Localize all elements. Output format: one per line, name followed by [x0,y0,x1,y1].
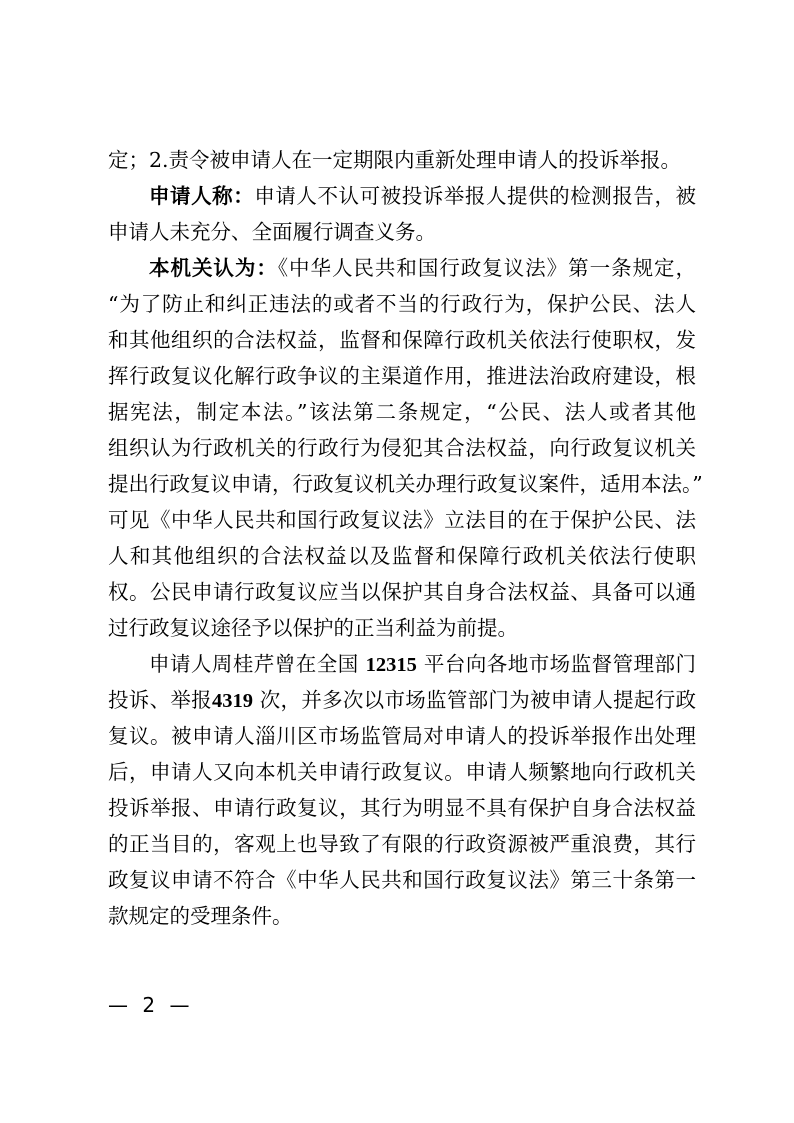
text-line: 投诉、举报4319 次，并多次以市场监管部门为被申请人提起行政 [108,682,696,718]
paragraph-label-applicant-claims: 申请人称： [149,184,254,208]
text-span: 《中华人民共和国行政复议法》第一条规定， [278,256,696,280]
paragraph-label-agency-opinion: 本机关认为： [149,256,278,280]
complaint-count: 4319 [212,690,253,712]
text-line: 申请人称：申请人不认可被投诉举报人提供的检测报告，被 [108,178,696,214]
text-line: 投诉举报、申请行政复议，其行为明显不具有保护自身合法权益 [108,790,696,826]
text-line: 可见《中华人民共和国行政复议法》立法目的在于保护公民、法 [108,502,696,538]
text-line: 的正当目的，客观上也导致了有限的行政资源被严重浪费，其行 [108,826,696,862]
document-body: 定；2.责令被申请人在一定期限内重新处理申请人的投诉举报。 申请人称：申请人不认… [108,142,696,934]
text-line: 复议。被申请人淄川区市场监管局对申请人的投诉举报作出处理 [108,718,696,754]
text-line: 定；2.责令被申请人在一定期限内重新处理申请人的投诉举报。 [108,142,696,178]
text-span: 投诉、举报 [108,688,212,712]
text-line: 申请人周桂芹曾在全国 12315 平台向各地市场监督管理部门 [108,646,696,682]
text-line: 提出行政复议申请，行政复议机关办理行政复议案件，适用本法。” [108,466,696,502]
text-span: 申请人不认可被投诉举报人提供的检测报告，被 [254,184,696,208]
platform-number: 12315 [366,654,417,676]
text-line: 挥行政复议化解行政争议的主渠道作用，推进法治政府建设，根 [108,358,696,394]
text-line: 申请人未充分、全面履行调查义务。 [108,214,696,250]
text-span: 申请人周桂芹曾在全国 [149,652,359,676]
text-line: 人和其他组织的合法权益以及监督和保障行政机关依法行使职 [108,538,696,574]
text-line: 据宪法，制定本法。”该法第二条规定，“公民、法人或者其他 [108,394,696,430]
page-number: — 2 — [108,990,193,1020]
document-page: 定；2.责令被申请人在一定期限内重新处理申请人的投诉举报。 申请人称：申请人不认… [0,0,794,1123]
text-line: 过行政复议途径予以保护的正当利益为前提。 [108,610,696,646]
text-line: 政复议申请不符合《中华人民共和国行政复议法》第三十条第一 [108,862,696,898]
text-line: 本机关认为：《中华人民共和国行政复议法》第一条规定， [108,250,696,286]
text-line: 款规定的受理条件。 [108,898,696,934]
text-line: 后，申请人又向本机关申请行政复议。申请人频繁地向行政机关 [108,754,696,790]
text-line: 和其他组织的合法权益，监督和保障行政机关依法行使职权，发 [108,322,696,358]
text-line: 组织认为行政机关的行政行为侵犯其合法权益，向行政复议机关 [108,430,696,466]
text-span: 平台向各地市场监督管理部门 [424,652,696,676]
text-line: 权。公民申请行政复议应当以保护其自身合法权益、具备可以通 [108,574,696,610]
text-span: 次，并多次以市场监管部门为被申请人提起行政 [260,688,696,712]
text-line: “为了防止和纠正违法的或者不当的行政行为，保护公民、法人 [108,286,696,322]
